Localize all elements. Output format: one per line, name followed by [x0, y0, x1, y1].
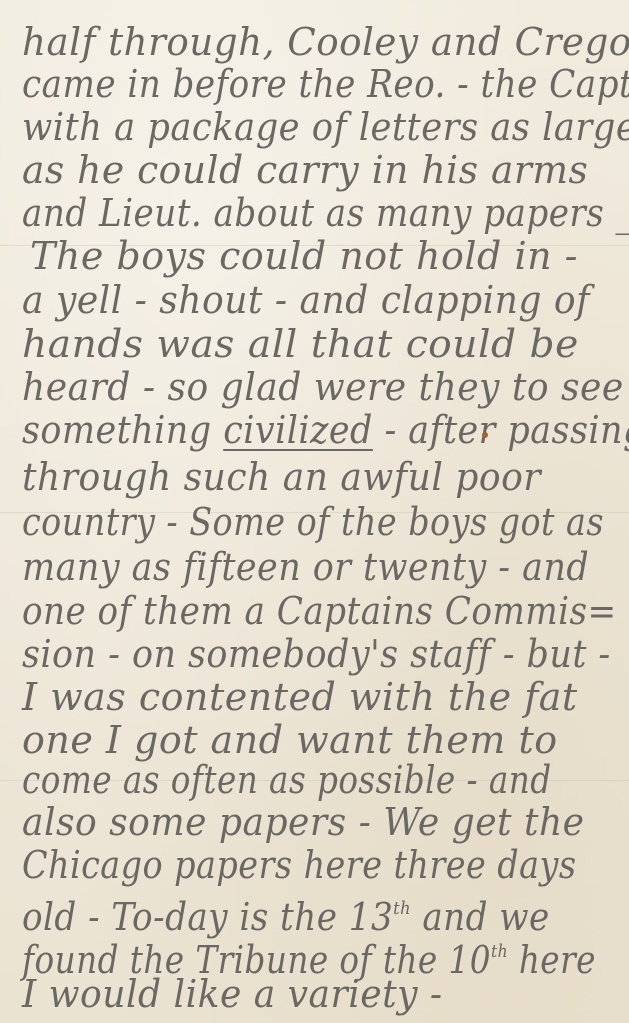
handwritten-line: sion - on somebody's staff - but - — [22, 632, 611, 676]
handwritten-line: half through, Cooley and Crego — [22, 20, 629, 64]
handwritten-line: I was contented with the fat — [22, 675, 578, 719]
line-text: something — [22, 408, 223, 452]
handwritten-line: one I got and want them to — [22, 718, 558, 762]
ordinal-suffix: th — [393, 898, 411, 919]
handwritten-line: as he could carry in his arms — [22, 148, 588, 192]
handwritten-line: something civilized - after passing — [22, 408, 629, 452]
handwritten-line: with a package of letters as large — [22, 105, 629, 149]
handwritten-line: and Lieut. about as many papers _ — [22, 191, 629, 235]
handwritten-line: also some papers - We get the — [22, 800, 585, 844]
handwritten-line: through such an awful poor — [22, 455, 541, 499]
handwritten-line: many as fifteen or twenty - and — [22, 545, 589, 589]
handwritten-line: hands was all that could be — [22, 322, 579, 366]
ordinal-suffix: th — [491, 941, 508, 962]
handwritten-line: one of them a Captains Commis= — [22, 589, 617, 633]
handwritten-line: The boys could not hold in - — [30, 234, 578, 278]
handwritten-line: country - Some of the boys got as — [22, 500, 604, 544]
ink-spot — [482, 432, 488, 438]
handwritten-line: came in before the Reo. - the Capt. — [22, 62, 629, 106]
handwritten-line: I would like a variety - — [22, 972, 443, 1016]
line-text: here — [508, 938, 596, 982]
handwritten-line: heard - so glad were they to see — [22, 365, 624, 409]
underlined-word: civilized — [223, 408, 373, 452]
handwritten-line: come as often as possible - and — [22, 758, 552, 802]
handwritten-line: Chicago papers here three days — [22, 843, 576, 887]
letter-page: half through, Cooley and Crego came in b… — [0, 0, 629, 1023]
line-text: - after passing — [373, 408, 629, 452]
handwritten-line: a yell - shout - and clapping of — [22, 278, 590, 322]
